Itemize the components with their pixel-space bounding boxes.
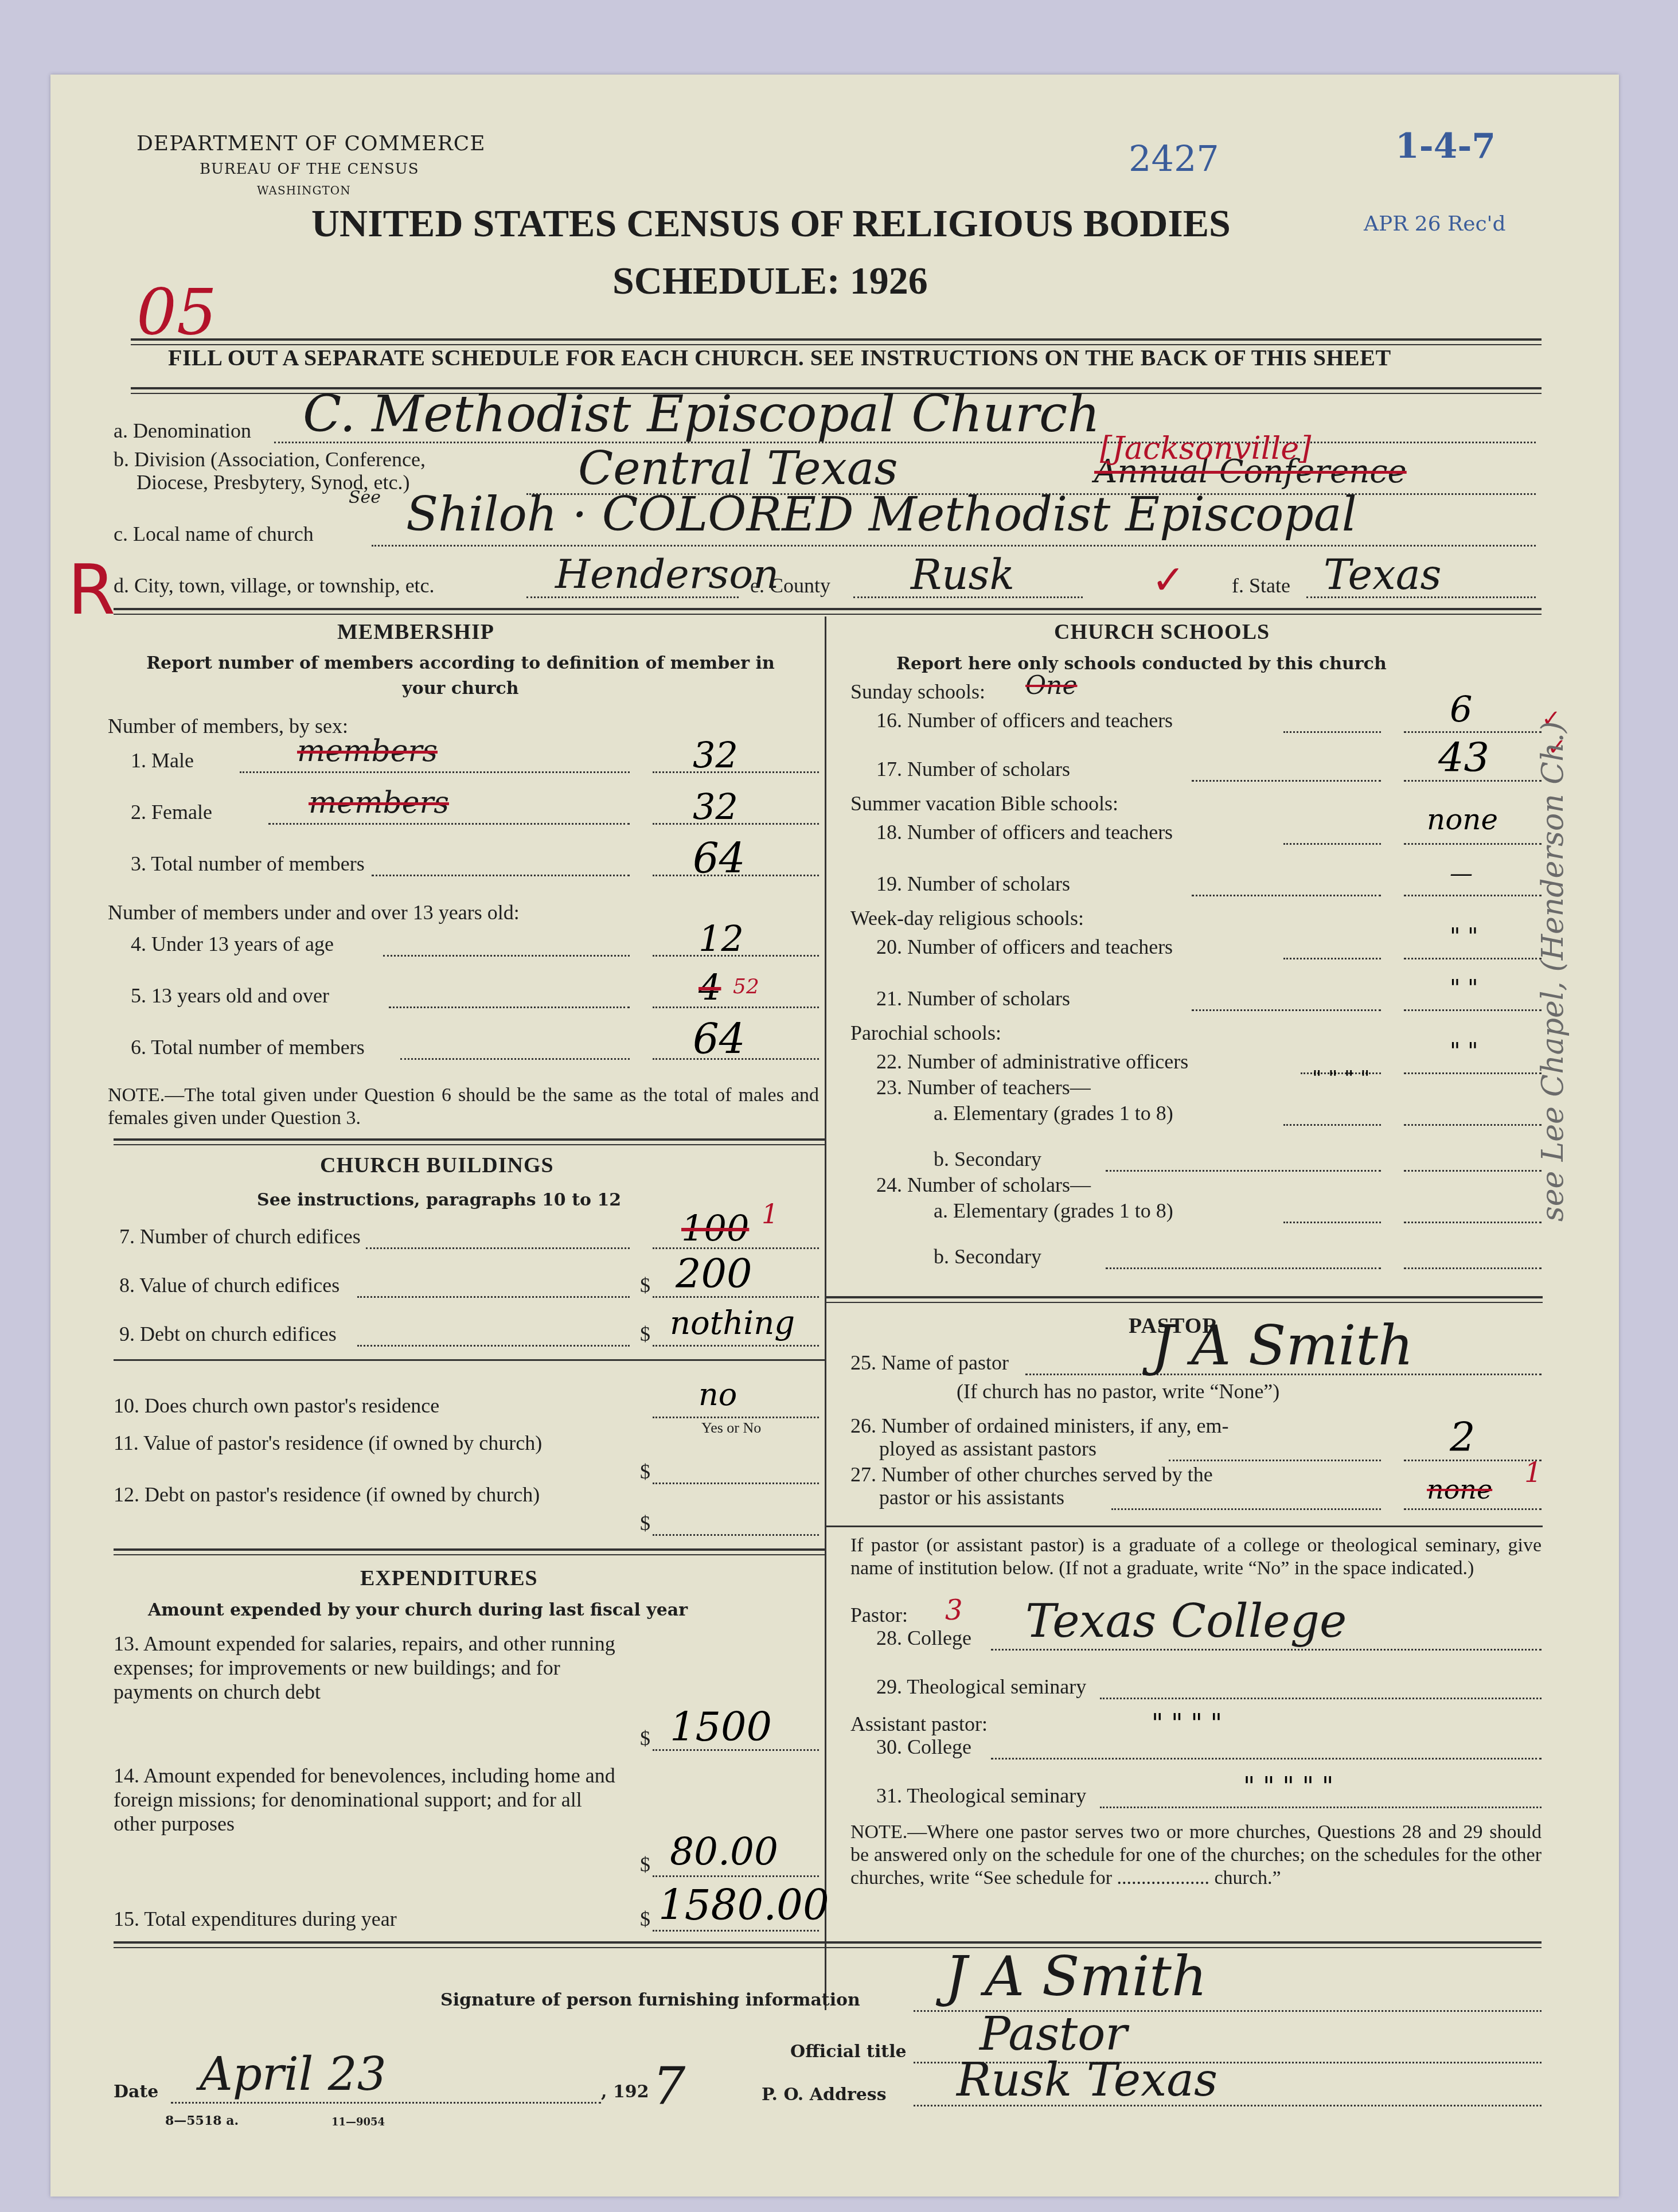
assistant-seminary-value[interactable]: " " " " "	[1243, 1772, 1333, 1801]
seminary-line[interactable]	[1100, 1698, 1542, 1699]
owns-residence-value[interactable]: no	[698, 1376, 737, 1413]
summer-scholars-leader	[1192, 895, 1381, 896]
male-value[interactable]: 32	[693, 734, 738, 776]
year-suffix[interactable]: 7	[653, 2056, 685, 2116]
edifices-value-label: 8. Value of church edifices	[119, 1273, 339, 1297]
sunday-schools-struck: One	[1025, 671, 1077, 700]
weekday-scholars-line	[1404, 1009, 1542, 1011]
teachers-value[interactable]: " " " "	[1312, 1067, 1370, 1090]
city-name: WASHINGTON	[257, 184, 351, 197]
summer-scholars-value[interactable]: —	[1450, 860, 1473, 887]
file-number-stamp: 2427	[1129, 138, 1219, 180]
buildings-subheading: See instructions, paragraphs 10 to 12	[257, 1190, 621, 1210]
date-line	[171, 2102, 601, 2104]
summer-officers-leader	[1283, 843, 1381, 845]
local-name-label: c. Local name of church	[114, 522, 314, 546]
summer-officers-value[interactable]: none	[1427, 803, 1498, 836]
weekday-scholars-value[interactable]: " "	[1450, 975, 1478, 1001]
college-value[interactable]: Texas College	[1025, 1594, 1347, 1648]
weekday-scholars-leader	[1192, 1009, 1381, 1011]
signature-label: Signature of person furnishing informati…	[440, 1990, 860, 2010]
total-members-value[interactable]: 64	[693, 834, 746, 883]
total-expenditures-value[interactable]: 1580.00	[658, 1881, 829, 1929]
under-13-label: 4. Under 13 years of age	[131, 932, 334, 956]
year-prefix: , 192	[601, 2082, 649, 2102]
state-label: f. State	[1232, 574, 1290, 598]
pastor-name-hint: (If church has no pastor, write “None”)	[957, 1379, 1279, 1403]
admin-officers-line	[1404, 1072, 1542, 1074]
edifices-value[interactable]: 200	[676, 1250, 752, 1297]
female-value[interactable]: 32	[693, 786, 738, 828]
denomination-value[interactable]: C. Methodist Episcopal Church	[303, 384, 1100, 443]
teachers-elementary-line[interactable]	[1404, 1124, 1542, 1126]
summer-officers-label: 18. Number of officers and teachers	[876, 820, 1173, 844]
weekday-scholars-label: 21. Number of scholars	[876, 986, 1070, 1011]
column-divider	[825, 617, 826, 2010]
membership-heading: MEMBERSHIP	[337, 619, 494, 645]
benevolences-line	[653, 1875, 819, 1877]
benevolences-label: 14. Amount expended for benevolences, in…	[114, 1764, 618, 1836]
dollar-sign: $	[640, 1726, 650, 1750]
total-expenditures-label: 15. Total expenditures during year	[114, 1907, 397, 1931]
denomination-label: a. Denomination	[114, 419, 251, 443]
divider	[826, 1296, 1543, 1303]
running-expenses-value[interactable]: 1500	[670, 1703, 772, 1750]
teachers-elementary-leader	[1283, 1124, 1381, 1126]
owns-residence-label: 10. Does church own pastor's residence	[114, 1394, 439, 1418]
parochial-schools-label: Parochial schools:	[850, 1021, 1001, 1045]
weekday-officers-value[interactable]: " "	[1450, 923, 1478, 950]
admin-officers-label: 22. Number of administrative officers	[876, 1050, 1188, 1074]
weekday-officers-label: 20. Number of officers and teachers	[876, 935, 1173, 959]
city-label: d. City, town, village, or township, etc…	[114, 574, 435, 598]
weekday-officers-leader	[1283, 958, 1381, 959]
teachers-elementary-label: a. Elementary (grades 1 to 8)	[934, 1101, 1173, 1125]
city-value[interactable]: Henderson	[555, 551, 779, 598]
graduate-instructions: If pastor (or assistant pastor) is a gra…	[850, 1534, 1542, 1580]
edifices-debt-value[interactable]: nothing	[670, 1305, 795, 1342]
teachers-secondary-line[interactable]	[1404, 1170, 1542, 1172]
scholars-elementary-leader	[1283, 1222, 1381, 1223]
scholars-secondary-leader	[1106, 1267, 1381, 1269]
residence-debt-label: 12. Debt on pastor's residence (if owned…	[114, 1483, 618, 1507]
divider	[114, 608, 1542, 615]
red-letter-mark: R	[68, 551, 115, 630]
sunday-scholars-leader	[1192, 780, 1381, 782]
total-members-label: 3. Total number of members	[131, 852, 365, 876]
assistant-college-label: 30. College	[876, 1735, 971, 1759]
female-leader	[268, 823, 630, 825]
summer-scholars-line	[1404, 895, 1542, 896]
summer-schools-label: Summer vacation Bible schools:	[850, 791, 1118, 816]
schools-subheading: Report here only schools conducted by th…	[896, 654, 1387, 674]
other-churches-line	[1404, 1508, 1542, 1510]
over-13-label: 5. 13 years old and over	[131, 984, 329, 1008]
form-number: 8—5518 a.	[165, 2113, 239, 2128]
red-check-icon: ✓	[1152, 556, 1185, 603]
teachers-label: 23. Number of teachers—	[876, 1075, 1091, 1099]
scholars-label: 24. Number of scholars—	[876, 1173, 1091, 1197]
residence-value-label: 11. Value of pastor's residence (if owne…	[114, 1431, 618, 1455]
bureau-name: BUREAU OF THE CENSUS	[200, 161, 419, 178]
received-stamp: APR 26 Rec'd	[1364, 212, 1506, 236]
pastor-name-value[interactable]: J A Smith	[1152, 1313, 1414, 1378]
division-label: b. Division (Association, Conference,	[114, 447, 426, 471]
owns-residence-line	[653, 1417, 819, 1418]
sunday-officers-value[interactable]: 6	[1450, 688, 1472, 730]
over-13-line	[653, 1006, 819, 1008]
assistant-pastors-label-2: ployed as assistant pastors	[879, 1437, 1096, 1461]
department-name: DEPARTMENT OF COMMERCE	[136, 132, 486, 155]
code-stamp: 1-4-7	[1395, 126, 1496, 166]
over-13-red-correction: 52	[733, 975, 759, 998]
assistant-education-label: Assistant pastor:	[850, 1712, 988, 1736]
date-label: Date	[114, 2082, 158, 2102]
dollar-sign: $	[640, 1322, 650, 1346]
pastor-note: NOTE.—Where one pastor serves two or mor…	[850, 1821, 1542, 1890]
sunday-officers-label: 16. Number of officers and teachers	[876, 708, 1173, 732]
weekday-schools-label: Week-day religious schools:	[850, 906, 1084, 930]
dollar-sign: $	[640, 1511, 650, 1535]
summer-scholars-label: 19. Number of scholars	[876, 872, 1070, 896]
schedule-title: SCHEDULE: 1926	[612, 258, 928, 303]
membership-subheading: Report number of members according to de…	[131, 651, 790, 701]
pastor-red-mark: 3	[945, 1594, 963, 1626]
over-13-value[interactable]: 4	[698, 966, 721, 1008]
edifices-red-correction: 1	[762, 1199, 778, 1230]
edifices-debt-line	[653, 1345, 819, 1347]
sunday-scholars-label: 17. Number of scholars	[876, 757, 1070, 781]
county-label: e. County	[750, 574, 830, 598]
assistant-seminary-label: 31. Theological seminary	[876, 1784, 1086, 1808]
edifices-count-label: 7. Number of church edifices	[119, 1224, 361, 1249]
scholars-secondary-label: b. Secondary	[934, 1245, 1041, 1269]
total-members-6-value[interactable]: 64	[693, 1015, 746, 1063]
pastor-name-label: 25. Name of pastor	[850, 1351, 1009, 1375]
edifices-leader	[366, 1247, 630, 1249]
edifices-value-leader	[357, 1296, 630, 1298]
other-churches-value[interactable]: none	[1427, 1474, 1492, 1505]
under-13-value[interactable]: 12	[698, 918, 744, 959]
seminary-label: 29. Theological seminary	[876, 1675, 1086, 1699]
po-address-label: P. O. Address	[762, 2085, 887, 2105]
weekday-officers-line	[1404, 958, 1542, 959]
divider	[114, 1548, 825, 1555]
division-red-correction: [Jacksonville]	[1100, 430, 1311, 466]
college-label: 28. College	[876, 1626, 971, 1650]
running-expenses-label: 13. Amount expended for salaries, repair…	[114, 1632, 618, 1704]
male-leader	[240, 771, 630, 773]
assistant-seminary-line	[1100, 1807, 1542, 1808]
assistant-college-line	[991, 1758, 1542, 1760]
edifices-count-value[interactable]: 100	[681, 1207, 749, 1249]
census-schedule-sheet: DEPARTMENT OF COMMERCE BUREAU OF THE CEN…	[50, 75, 1619, 2197]
other-churches-label: 27. Number of other churches served by t…	[850, 1462, 1213, 1487]
residence-debt-line	[653, 1534, 819, 1536]
other-churches-leader	[1111, 1508, 1381, 1510]
edifices-debt-label: 9. Debt on church edifices	[119, 1322, 337, 1346]
instructions-banner: FILL OUT A SEPARATE SCHEDULE FOR EACH CH…	[168, 344, 1391, 371]
admin-officers-value[interactable]: " "	[1450, 1038, 1478, 1064]
sunday-scholars-value[interactable]: 43	[1438, 734, 1489, 781]
residence-value-line	[653, 1483, 819, 1484]
total-6-leader	[400, 1058, 630, 1060]
divider	[114, 1138, 825, 1145]
church-name-prefix: See	[349, 487, 381, 508]
pastor-education-label: Pastor:	[850, 1603, 908, 1627]
other-churches-label-2: pastor or his assistants	[879, 1485, 1064, 1509]
margin-pencil-note: see Lee Chapel, (Henderson Ch.)	[1536, 721, 1570, 1222]
sunday-officers-line	[1404, 731, 1542, 733]
college-line	[991, 1649, 1542, 1651]
female-struck-note: members	[309, 786, 449, 820]
county-value[interactable]: Rusk	[911, 551, 1014, 599]
total-members-6-label: 6. Total number of members	[131, 1035, 365, 1059]
scholars-secondary-line[interactable]	[1404, 1267, 1542, 1269]
scholars-elementary-line[interactable]	[1404, 1222, 1542, 1223]
divider	[826, 1526, 1543, 1527]
summer-officers-line	[1404, 843, 1542, 845]
dollar-sign: $	[640, 1273, 650, 1297]
local-name-value[interactable]: Shiloh · COLORED Methodist Episcopal	[406, 487, 1357, 542]
assistant-pastors-label: 26. Number of ordained ministers, if any…	[850, 1414, 1229, 1438]
divider	[114, 1941, 1542, 1948]
expenditures-heading: EXPENDITURES	[360, 1566, 538, 1591]
edifices-debt-leader	[357, 1345, 630, 1347]
teachers-secondary-label: b. Secondary	[934, 1147, 1041, 1171]
divider	[114, 1359, 825, 1361]
male-struck-note: members	[297, 734, 438, 768]
under-13-leader	[383, 955, 630, 957]
official-title-label: Official title	[790, 2042, 907, 2062]
dollar-sign: $	[640, 1460, 650, 1484]
document-title: UNITED STATES CENSUS OF RELIGIOUS BODIES	[311, 201, 1231, 246]
teachers-secondary-leader	[1106, 1170, 1381, 1172]
scholars-elementary-label: a. Elementary (grades 1 to 8)	[934, 1199, 1173, 1223]
red-code-mark: 05	[136, 275, 217, 349]
state-value[interactable]: Texas	[1324, 551, 1442, 599]
membership-note: NOTE.—The total given under Question 6 s…	[108, 1084, 819, 1130]
other-churches-red-correction: 1	[1524, 1457, 1542, 1489]
buildings-heading: CHURCH BUILDINGS	[320, 1153, 554, 1178]
signature-value[interactable]: J A Smith	[945, 1944, 1207, 2008]
female-label: 2. Female	[131, 800, 212, 824]
sunday-schools-label: Sunday schools:	[850, 680, 985, 704]
benevolences-value[interactable]: 80.00	[670, 1829, 778, 1874]
total-leader	[372, 875, 630, 876]
date-value[interactable]: April 23	[200, 2047, 387, 2101]
expenditures-subheading: Amount expended by your church during la…	[148, 1600, 688, 1620]
over-13-leader	[389, 1006, 630, 1008]
schools-heading: CHURCH SCHOOLS	[1054, 619, 1270, 645]
total-expenditures-line	[653, 1930, 819, 1932]
yes-no-hint: Yes or No	[701, 1419, 761, 1437]
age-breakdown-label: Number of members under and over 13 year…	[108, 900, 520, 924]
sunday-officers-leader	[1283, 731, 1381, 733]
dollar-sign: $	[640, 1852, 650, 1877]
assistant-pastors-value[interactable]: 2	[1450, 1414, 1476, 1461]
assistant-pastors-leader	[1169, 1460, 1381, 1461]
po-address-value[interactable]: Rusk Texas	[957, 2053, 1217, 2106]
male-label: 1. Male	[131, 748, 194, 773]
assistant-college-value[interactable]: " " " "	[1152, 1709, 1222, 1738]
local-name-line	[372, 545, 1536, 547]
print-number: 11—9054	[331, 2116, 385, 2128]
dollar-sign: $	[640, 1907, 650, 1931]
